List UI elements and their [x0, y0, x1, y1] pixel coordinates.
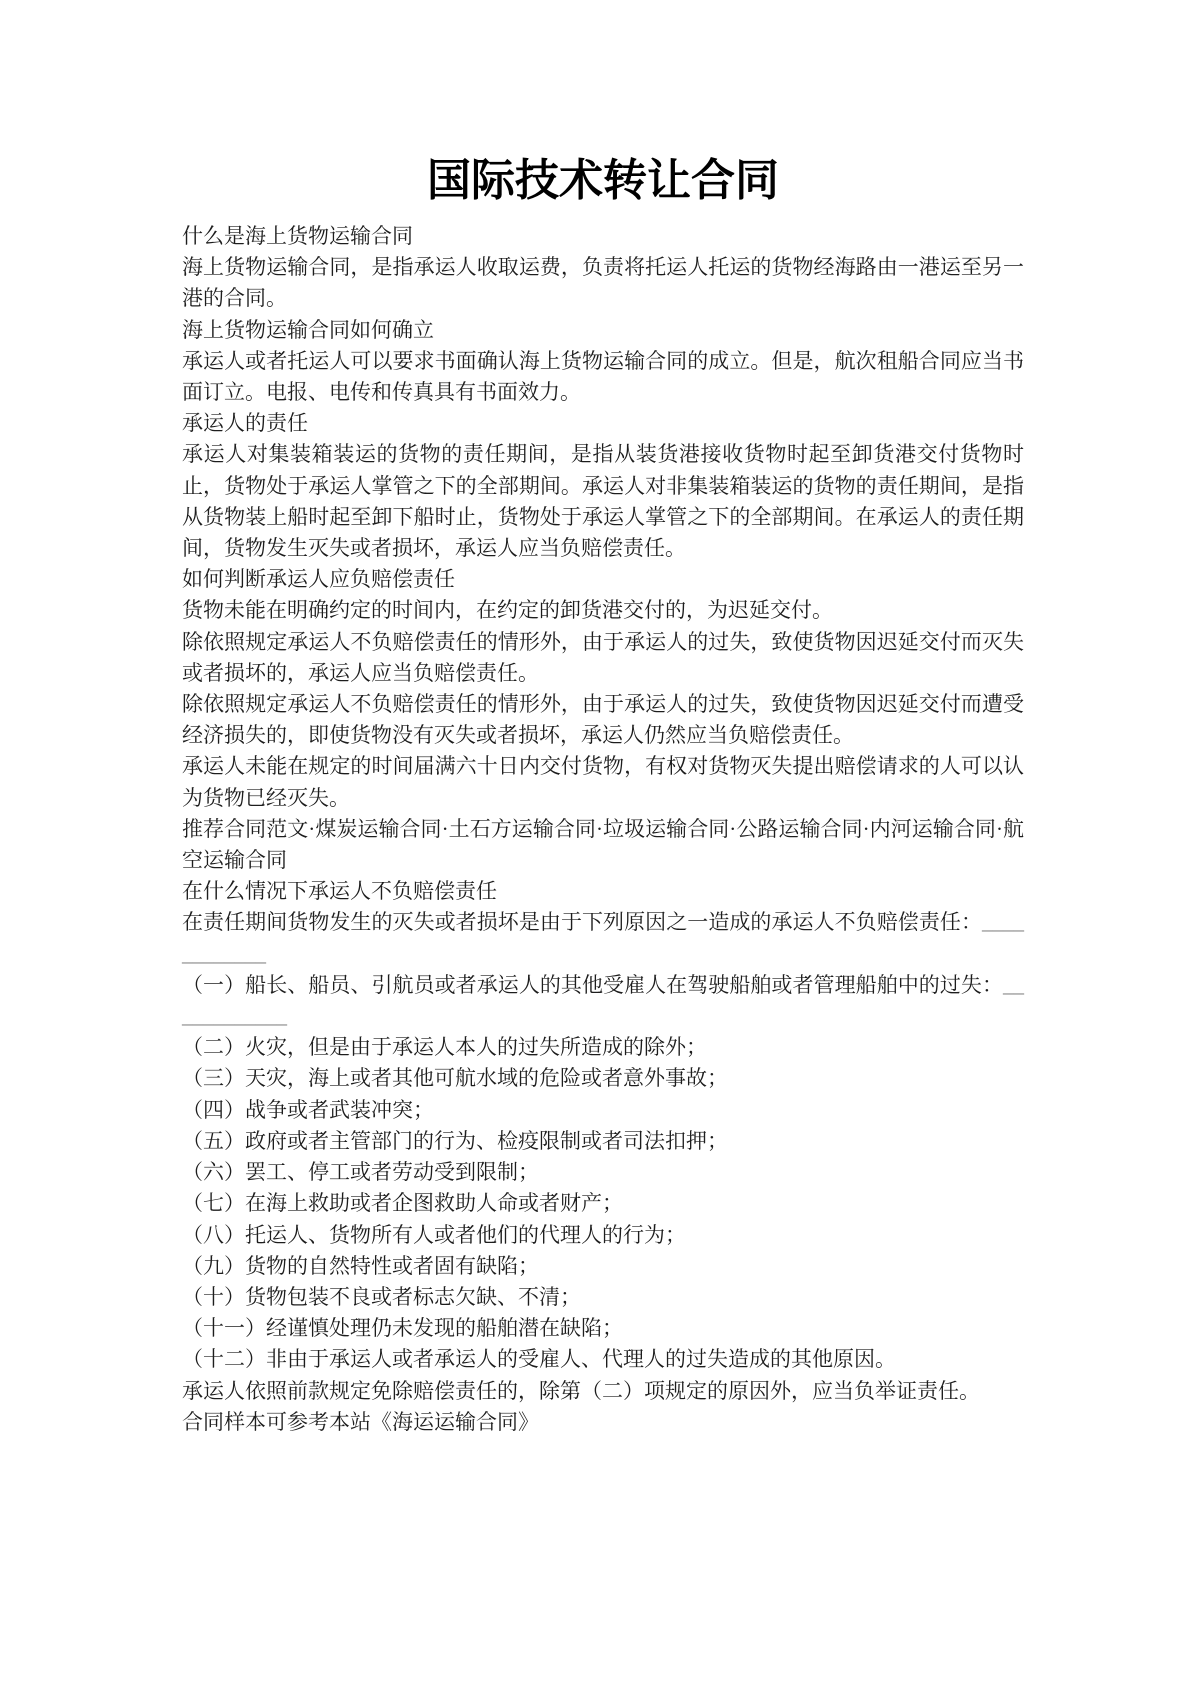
paragraph: 在责任期间货物发生的灭失或者损坏是由于下列原因之一造成的承运人不负赔偿责任：__…	[182, 907, 1024, 969]
paragraph: （八）托运人、货物所有人或者他们的代理人的行为；	[182, 1220, 1024, 1251]
paragraph: 如何判断承运人应负赔偿责任	[182, 564, 1024, 595]
paragraph: 什么是海上货物运输合同	[182, 221, 1024, 252]
blank-underline: ____________	[182, 973, 1024, 1028]
blank-underline: ____________	[182, 910, 1024, 965]
paragraph: （一）船长、船员、引航员或者承运人的其他受雇人在驾驶船舶或者管理船舶中的过失：_…	[182, 970, 1024, 1032]
paragraph: 承运人对集装箱装运的货物的责任期间，是指从装货港接收货物时起至卸货港交付货物时止…	[182, 439, 1024, 564]
paragraph: （二）火灾，但是由于承运人本人的过失所造成的除外；	[182, 1032, 1024, 1063]
paragraph: 承运人依照前款规定免除赔偿责任的，除第（二）项规定的原因外，应当负举证责任。	[182, 1376, 1024, 1407]
paragraph: （十二）非由于承运人或者承运人的受雇人、代理人的过失造成的其他原因。	[182, 1344, 1024, 1375]
paragraph: （十）货物包装不良或者标志欠缺、不清；	[182, 1282, 1024, 1313]
paragraph: 除依照规定承运人不负赔偿责任的情形外，由于承运人的过失，致使货物因迟延交付而灭失…	[182, 627, 1024, 689]
paragraph: （七）在海上救助或者企图救助人命或者财产；	[182, 1188, 1024, 1219]
paragraph: （九）货物的自然特性或者固有缺陷；	[182, 1251, 1024, 1282]
paragraph: （五）政府或者主管部门的行为、检疫限制或者司法扣押；	[182, 1126, 1024, 1157]
paragraph: 承运人未能在规定的时间届满六十日内交付货物，有权对货物灭失提出赔偿请求的人可以认…	[182, 751, 1024, 813]
paragraph: 海上货物运输合同，是指承运人收取运费，负责将托运人托运的货物经海路由一港运至另一…	[182, 252, 1024, 314]
paragraph: 除依照规定承运人不负赔偿责任的情形外，由于承运人的过失，致使货物因迟延交付而遭受…	[182, 689, 1024, 751]
paragraph: 货物未能在明确约定的时间内，在约定的卸货港交付的，为迟延交付。	[182, 595, 1024, 626]
paragraph: （三）天灾，海上或者其他可航水域的危险或者意外事故；	[182, 1063, 1024, 1094]
paragraph: （十一）经谨慎处理仍未发现的船舶潜在缺陷；	[182, 1313, 1024, 1344]
paragraph: 推荐合同范文·煤炭运输合同·土石方运输合同·垃圾运输合同·公路运输合同·内河运输…	[182, 814, 1024, 876]
paragraph: 承运人的责任	[182, 408, 1024, 439]
paragraph: 承运人或者托运人可以要求书面确认海上货物运输合同的成立。但是，航次租船合同应当书…	[182, 346, 1024, 408]
document-content: 国际技术转让合同 什么是海上货物运输合同海上货物运输合同，是指承运人收取运费，负…	[182, 0, 1024, 1438]
paragraph: 在什么情况下承运人不负赔偿责任	[182, 876, 1024, 907]
document-page: 国际技术转让合同 什么是海上货物运输合同海上货物运输合同，是指承运人收取运费，负…	[0, 0, 1190, 1683]
paragraph: （六）罢工、停工或者劳动受到限制；	[182, 1157, 1024, 1188]
document-title: 国际技术转让合同	[182, 154, 1024, 207]
paragraph: 海上货物运输合同如何确立	[182, 315, 1024, 346]
paragraph: （四）战争或者武装冲突；	[182, 1095, 1024, 1126]
document-body: 什么是海上货物运输合同海上货物运输合同，是指承运人收取运费，负责将托运人托运的货…	[182, 221, 1024, 1438]
paragraph: 合同样本可参考本站《海运运输合同》	[182, 1407, 1024, 1438]
